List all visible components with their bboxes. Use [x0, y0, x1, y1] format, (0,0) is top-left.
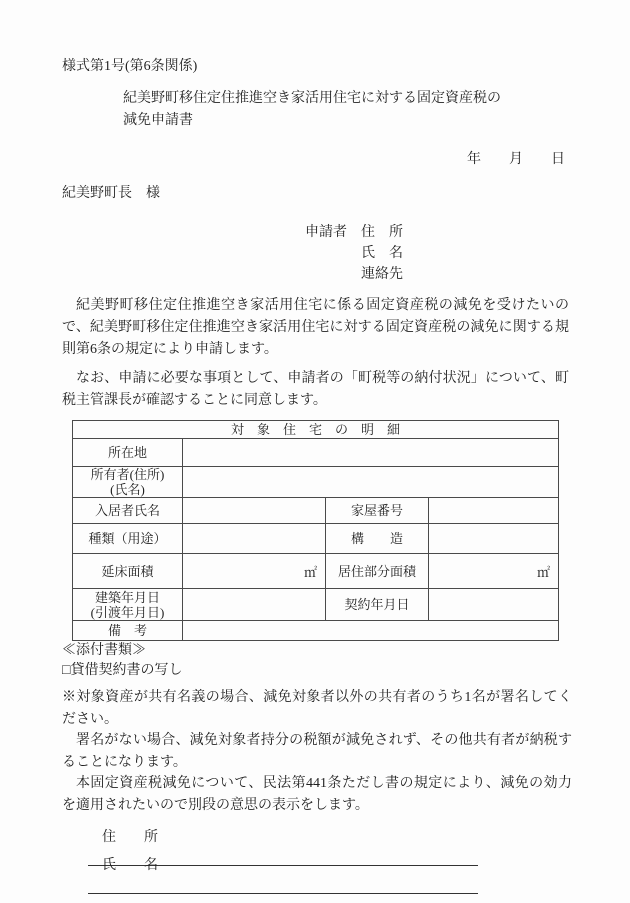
floor-area-label: 延床面積: [73, 554, 183, 589]
table-row-remarks: 備 考: [73, 621, 559, 641]
built-date-value-cell: [183, 589, 326, 621]
applicant-field-name: 氏 名: [361, 243, 403, 264]
applicant-field-address: 住 所: [361, 222, 403, 243]
kind-value-cell: [183, 524, 326, 554]
contract-date-value-cell: [429, 589, 559, 621]
location-label: 所在地: [73, 439, 183, 467]
paragraph-application: 紀美野町移住定住推進空き家活用住宅に係る固定資産税の減免を受けたいので、紀美野町…: [62, 295, 569, 361]
attachment-item-label: 貸借契約書の写し: [70, 663, 182, 678]
table-row-built-date: 建築年月日 (引渡年月日) 契約年月日: [73, 589, 559, 621]
applicant-field-contact: 連絡先: [361, 264, 403, 285]
remarks-value-cell: [183, 621, 559, 641]
resident-name-label: 入居者氏名: [73, 498, 183, 524]
living-area-label: 居住部分面積: [326, 554, 429, 589]
house-number-label: 家屋番号: [326, 498, 429, 524]
table-title-row: 対 象 住 宅 の 明 細: [73, 421, 559, 439]
remarks-label: 備 考: [73, 621, 183, 641]
applicant-block: 申請者 住 所 氏 名 連絡先: [305, 222, 403, 285]
application-form-page: 様式第1号(第6条関係) 紀美野町移住定住推進空き家活用住宅に対する固定資産税の…: [0, 0, 630, 903]
note-no-signature: 署名がない場合、減免対象者持分の税額が減免されず、その他共有者が納税することにな…: [62, 730, 572, 773]
document-title-line-2: 減免申請書: [123, 110, 501, 132]
owner-label: 所有者(住所) (氏名): [73, 467, 183, 498]
paragraph-consent: なお、申請に必要な事項として、申請者の「町税等の納付状況」について、町税主管課長…: [62, 368, 569, 412]
attachments-section: ≪添付書類≫ □貸借契約書の写し: [62, 641, 182, 681]
date-line: 年 月 日: [467, 148, 565, 168]
table-title: 対 象 住 宅 の 明 細: [73, 421, 559, 439]
owner-value-cell: [183, 467, 559, 498]
applicant-fields: 住 所 氏 名 連絡先: [361, 222, 403, 285]
house-number-value-cell: [429, 498, 559, 524]
kind-label: 種類（用途）: [73, 524, 183, 554]
table-row-area: 延床面積 ㎡ 居住部分面積 ㎡: [73, 554, 559, 589]
structure-value-cell: [429, 524, 559, 554]
built-date-label: 建築年月日 (引渡年月日): [73, 589, 183, 621]
document-title-line-1: 紀美野町移住定住推進空き家活用住宅に対する固定資産税の: [123, 88, 501, 110]
resident-name-value-cell: [183, 498, 326, 524]
table-row-kind: 種類（用途） 構 造: [73, 524, 559, 554]
applicant-label: 申請者: [305, 222, 347, 285]
living-area-value-cell: ㎡: [429, 554, 559, 589]
attachments-heading: ≪添付書類≫: [62, 641, 182, 661]
location-value-cell: [183, 439, 559, 467]
table-row-location: 所在地: [73, 439, 559, 467]
signature-name-label: 氏 名: [102, 858, 158, 873]
document-title: 紀美野町移住定住推進空き家活用住宅に対する固定資産税の 減免申請書: [123, 88, 501, 132]
table-row-resident: 入居者氏名 家屋番号: [73, 498, 559, 524]
contract-date-label: 契約年月日: [326, 589, 429, 621]
form-number: 様式第1号(第6条関係): [62, 55, 197, 75]
note-cosigner: ※対象資産が共有名義の場合、減免対象者以外の共有者のうち1名が署名してください。: [62, 687, 572, 730]
attachment-item: □貸借契約書の写し: [62, 661, 182, 681]
table-row-owner: 所有者(住所) (氏名): [73, 467, 559, 498]
property-details-table: 対 象 住 宅 の 明 細 所在地 所有者(住所) (氏名) 入居者氏名 家屋番…: [72, 420, 559, 641]
notes-section: ※対象資産が共有名義の場合、減免対象者以外の共有者のうち1名が署名してください。…: [62, 687, 572, 816]
structure-label: 構 造: [326, 524, 429, 554]
signature-name-row: 氏 名: [88, 838, 478, 894]
floor-area-value-cell: ㎡: [183, 554, 326, 589]
addressee: 紀美野町長 様: [62, 182, 160, 202]
